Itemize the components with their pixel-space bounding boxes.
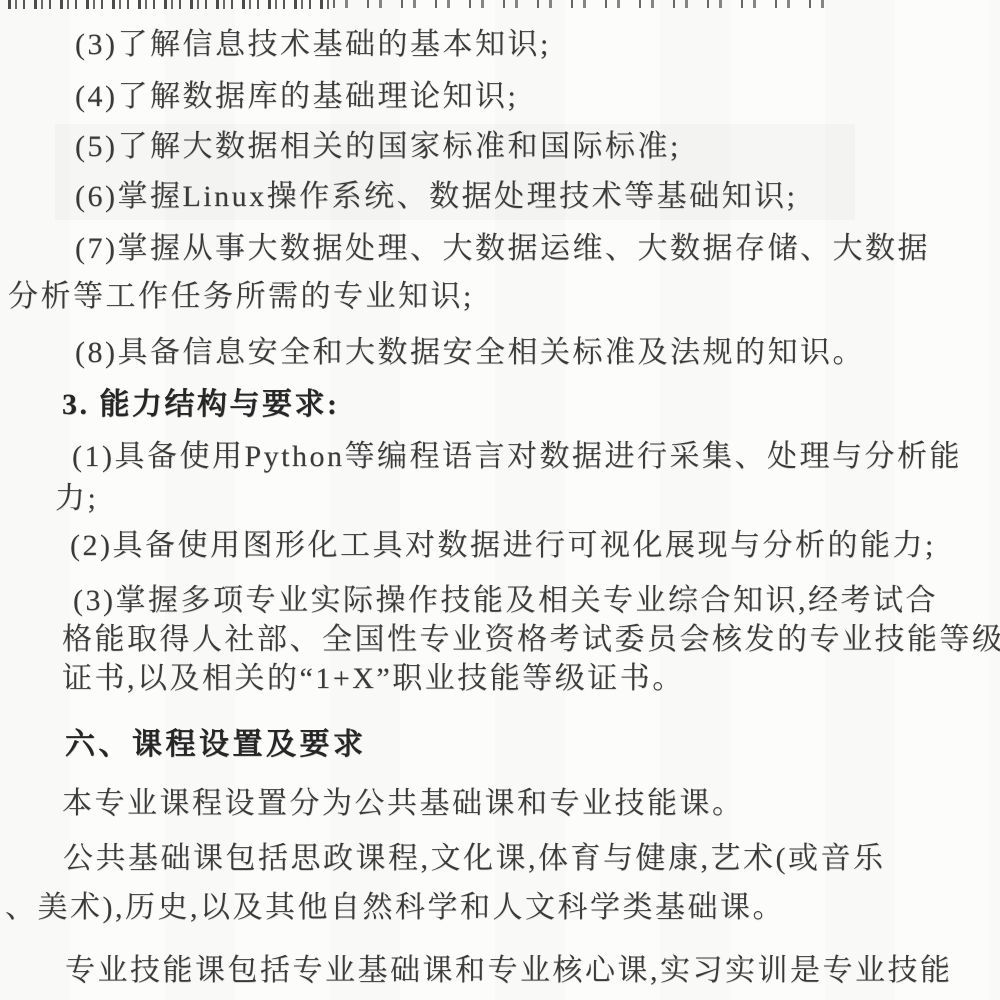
knowledge-item-7-line2: 分析等工作任务所需的专业知识; [8, 280, 474, 314]
ability-item-2: (2)具备使用图形化工具对数据进行可视化展现与分析的能力; [70, 529, 936, 563]
para-skill-courses: 专业技能课包括专业基础课和专业核心课,实习实训是专业技能 [65, 954, 953, 988]
knowledge-item-5: (5)了解大数据相关的国家标准和国际标准; [75, 130, 681, 164]
knowledge-item-7-line1: (7)掌握从事大数据处理、大数据运维、大数据存储、大数据 [75, 232, 930, 266]
clipped-text-top-edge-right [333, 0, 833, 8]
heading-ability-structure: 3. 能力结构与要求: [62, 388, 340, 422]
para-course-overview: 本专业课程设置分为公共基础课和专业技能课。 [62, 787, 745, 821]
ability-item-3-line3: 证书,以及相关的“1+X”职业技能等级证书。 [62, 662, 685, 696]
knowledge-item-8: (8)具备信息安全和大数据安全相关标准及法规的知识。 [75, 336, 865, 370]
clipped-text-top-edge-left [8, 0, 333, 9]
heading-course-setup: 六、课程设置及要求 [65, 728, 367, 762]
ability-item-1-line1: (1)具备使用Python等编程语言对数据进行采集、处理与分析能 [72, 440, 962, 474]
knowledge-item-6: (6)掌握Linux操作系统、数据处理技术等基础知识; [75, 180, 797, 214]
scanned-document-page: (3)了解信息技术基础的基本知识; (4)了解数据库的基础理论知识; (5)了解… [0, 0, 1000, 1000]
ability-item-3-line2: 格能取得人社部、全国性专业资格考试委员会核发的专业技能等级 [62, 623, 1000, 657]
knowledge-item-4: (4)了解数据库的基础理论知识; [75, 80, 518, 114]
ability-item-3-line1: (3)掌握多项专业实际操作技能及相关专业综合知识,经考试合 [73, 584, 938, 618]
knowledge-item-3: (3)了解信息技术基础的基本知识; [75, 28, 551, 62]
para-public-courses-line2: 、美术),历史,以及其他自然科学和人文科学类基础课。 [5, 891, 785, 925]
para-public-courses-line1: 公共基础课包括思政课程,文化课,体育与健康,艺术(或音乐 [63, 842, 886, 876]
ability-item-1-line2: 力; [55, 482, 98, 516]
